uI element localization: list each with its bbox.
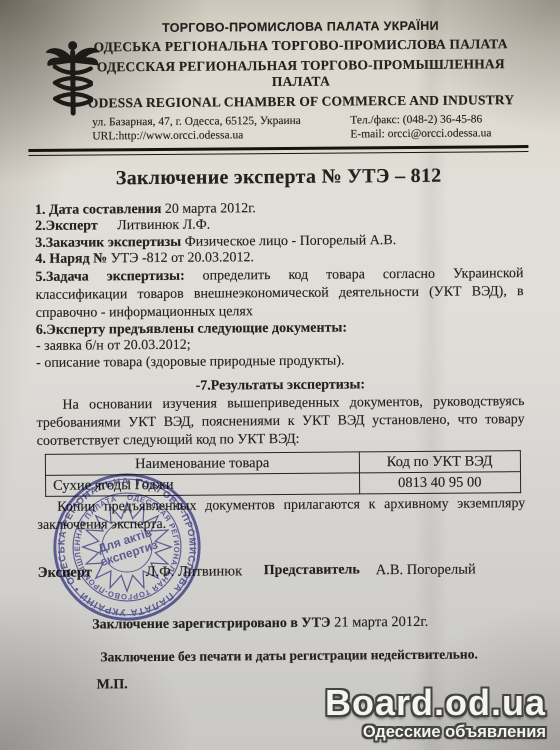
- street-address: ул. Базарная, 47, г. Одесса, 65125, Укра…: [92, 114, 301, 130]
- item-task: 5.Задача экспертизы: определить код това…: [35, 265, 523, 323]
- representative-label: Представитель: [264, 562, 376, 579]
- address-url-block: ул. Базарная, 47, г. Одесса, 65125, Укра…: [92, 114, 301, 144]
- representative-name: А.В. Погорелый: [376, 561, 476, 578]
- cell-code-value: 0813 40 95 00: [359, 471, 521, 493]
- email-address: E-mail: orcci@orcci.odessa.ua: [350, 126, 522, 142]
- watermark: Board.od.ua Одесские объявления: [325, 684, 546, 742]
- org-name-regional-ua: ОДЕСЬКА РЕГІОНАЛЬНА ТОРГОВО-ПРОМИСЛОВА П…: [80, 36, 522, 55]
- header-divider: [28, 145, 528, 156]
- document-photo: ТОРГОВО-ПРОМИСЛОВА ПАЛАТА УКРАЇНИ ОДЕСЬК…: [0, 0, 560, 750]
- column-header-code: Код по УКТ ВЭД: [359, 450, 521, 472]
- phone-email-block: Тел./факс: (048-2) 36-45-86 E-mail: orcc…: [350, 112, 522, 142]
- org-name-regional-ru: ОДЕССКАЯ РЕГИОНАЛЬНАЯ ТОРГОВО-ПРОМЫШЛЕНН…: [80, 56, 522, 91]
- phone-fax: Тел./факс: (048-2) 36-45-86: [350, 112, 522, 128]
- validity-note: Заключение без печати и даты регистрации…: [100, 646, 526, 666]
- round-stamp-icon: • ТОРГОВО-ПРОМИСЛОВА ПАЛАТА УКРАЇНИ • ОД…: [50, 470, 204, 624]
- caduceus-icon: [44, 37, 103, 121]
- org-name-national-ua: ТОРГОВО-ПРОМИСЛОВА ПАЛАТА УКРАЇНИ: [79, 18, 521, 35]
- org-name-en: ODESSA REGIONAL CHAMBER OF COMMERCE AND …: [80, 92, 522, 111]
- watermark-subtitle: Одесские объявления: [325, 722, 546, 742]
- document-title: Заключение эксперта № УТЭ – 812: [35, 164, 523, 191]
- document-list-item: - описание товара (здоровые природные пр…: [36, 352, 524, 372]
- website-url: URL:http://www.orcci.odessa.ua: [92, 128, 301, 144]
- watermark-site-name: Board.od.ua: [325, 684, 546, 722]
- results-paragraph: На основании изучения вышеприведенных до…: [36, 393, 524, 451]
- registration-date: 21 марта 2012г.: [334, 614, 428, 631]
- letterhead: ТОРГОВО-ПРОМИСЛОВА ПАЛАТА УКРАЇНИ ОДЕСЬК…: [33, 18, 522, 145]
- contact-block: ул. Базарная, 47, г. Одесса, 65125, Укра…: [80, 112, 522, 144]
